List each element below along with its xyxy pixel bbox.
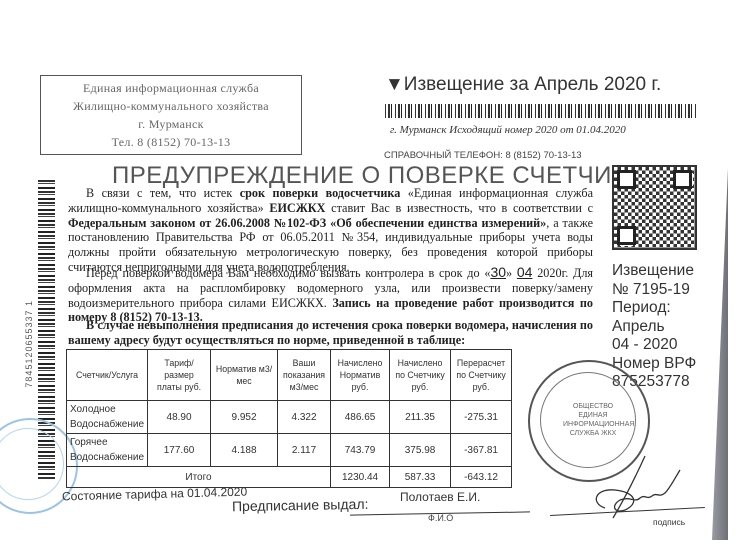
stamp-line: Жилищно-коммунального хозяйства <box>41 97 301 115</box>
cell: 2.117 <box>278 434 331 467</box>
text-bold: ЕИСЖКХ <box>269 201 325 215</box>
stamp-line: Тел. 8 (8152) 70-13-13 <box>41 133 301 151</box>
qr-finder-icon <box>617 170 636 189</box>
cell: 4.322 <box>278 401 331 434</box>
cell: 48.90 <box>148 401 211 434</box>
paragraph-penalty-notice: В случае невыполнения предписания до ист… <box>68 318 593 348</box>
barcode-horizontal-icon <box>385 104 697 118</box>
cell: 177.60 <box>148 434 211 467</box>
total-cell: 587.33 <box>390 467 451 488</box>
cell: -275.31 <box>451 401 512 434</box>
column-header: Норматив м3/мес <box>211 350 278 401</box>
cell: 211.35 <box>390 401 451 434</box>
qr-code-icon <box>612 165 697 250</box>
column-header: Ваши показания м3/мес <box>278 350 331 401</box>
table-header-row: Счетчик/Услуга Тариф/размер платы руб. Н… <box>67 350 512 401</box>
text: Перед поверкой водомера Вам необходимо в… <box>86 266 490 280</box>
text-bold: срок поверки водосчетчика <box>240 186 401 200</box>
paragraph-verification-expired: В связи с тем, что истек срок поверки во… <box>68 186 593 275</box>
cell-service: Горячее Водоснабжение <box>67 434 148 467</box>
barcode-number: 7845120655337 1 <box>24 300 34 388</box>
stamp-line: г. Мурманск <box>41 115 301 133</box>
text: » <box>506 266 517 280</box>
table-total-row: Итого 1230.44 587.33 -643.12 <box>67 467 512 488</box>
fio-label: Ф.И.О <box>428 513 453 523</box>
cell: -367.81 <box>451 434 512 467</box>
notice-number: № 7195-19 <box>612 281 696 300</box>
cell: 375.98 <box>390 434 451 467</box>
cell: 4.188 <box>211 434 278 467</box>
total-label: Итого <box>67 467 331 488</box>
period-label: Период: <box>612 299 696 318</box>
table-row: Холодное Водоснабжение 48.90 9.952 4.322… <box>67 401 512 434</box>
period-value: 04 - 2020 <box>612 336 696 355</box>
vrf-label: Номер ВРФ <box>612 355 696 374</box>
column-header: Перерасчет по Счетчику руб. <box>451 350 512 401</box>
deadline-month: 04 <box>517 264 533 280</box>
cell-service: Холодное Водоснабжение <box>67 401 148 434</box>
round-stamp-text: ОБЩЕСТВО ЕДИНАЯ ИНФОРМАЦИОННАЯ СЛУЖБА ЖК… <box>563 402 623 438</box>
issuer-name: Полотаев Е.И. <box>400 490 480 504</box>
cell: 9.952 <box>211 401 278 434</box>
signature-icon <box>585 448 695 523</box>
column-header: Счетчик/Услуга <box>67 350 148 401</box>
deadline-day: 30 <box>490 264 506 280</box>
notice-title: ▼Извещение за Апрель 2020 г. <box>385 74 661 96</box>
qr-finder-icon <box>617 226 636 245</box>
organization-stamp-box: Единая информационная служба Жилищно-ком… <box>40 75 302 155</box>
period-month: Апрель <box>612 318 696 337</box>
notice-label: Извещение <box>612 262 696 281</box>
total-cell: 1230.44 <box>331 467 390 488</box>
paragraph-call-controller: Перед поверкой водомера Вам необходимо в… <box>68 265 593 325</box>
column-header: Начислено по Счетчику руб. <box>390 350 451 401</box>
column-header: Начислено Норматив руб. <box>331 350 390 401</box>
table-row: Горячее Водоснабжение 177.60 4.188 2.117… <box>67 434 512 467</box>
reference-phone: СПРАВОЧНЫЙ ТЕЛЕФОН: 8 (8152) 70-13-13 <box>384 150 582 161</box>
stamp-line: Единая информационная служба <box>41 79 301 97</box>
cell: 486.65 <box>331 401 390 434</box>
text-bold: Федеральным законом от 26.06.2008 №102-Ф… <box>68 216 546 230</box>
city-reference: г. Мурманск Исходящий номер 2020 от 01.0… <box>390 124 626 136</box>
text: В связи с тем, что истек <box>86 186 240 200</box>
page-shadow-edge <box>712 168 728 540</box>
text: ставит Вас в известность, что в соответс… <box>325 201 593 215</box>
qr-finder-icon <box>673 170 692 189</box>
total-cell: -643.12 <box>451 467 512 488</box>
column-header: Тариф/размер платы руб. <box>148 350 211 401</box>
charges-table: Счетчик/Услуга Тариф/размер платы руб. Н… <box>66 349 512 488</box>
issued-by-label: Предписание выдал: <box>232 496 369 514</box>
cell: 743.79 <box>331 434 390 467</box>
